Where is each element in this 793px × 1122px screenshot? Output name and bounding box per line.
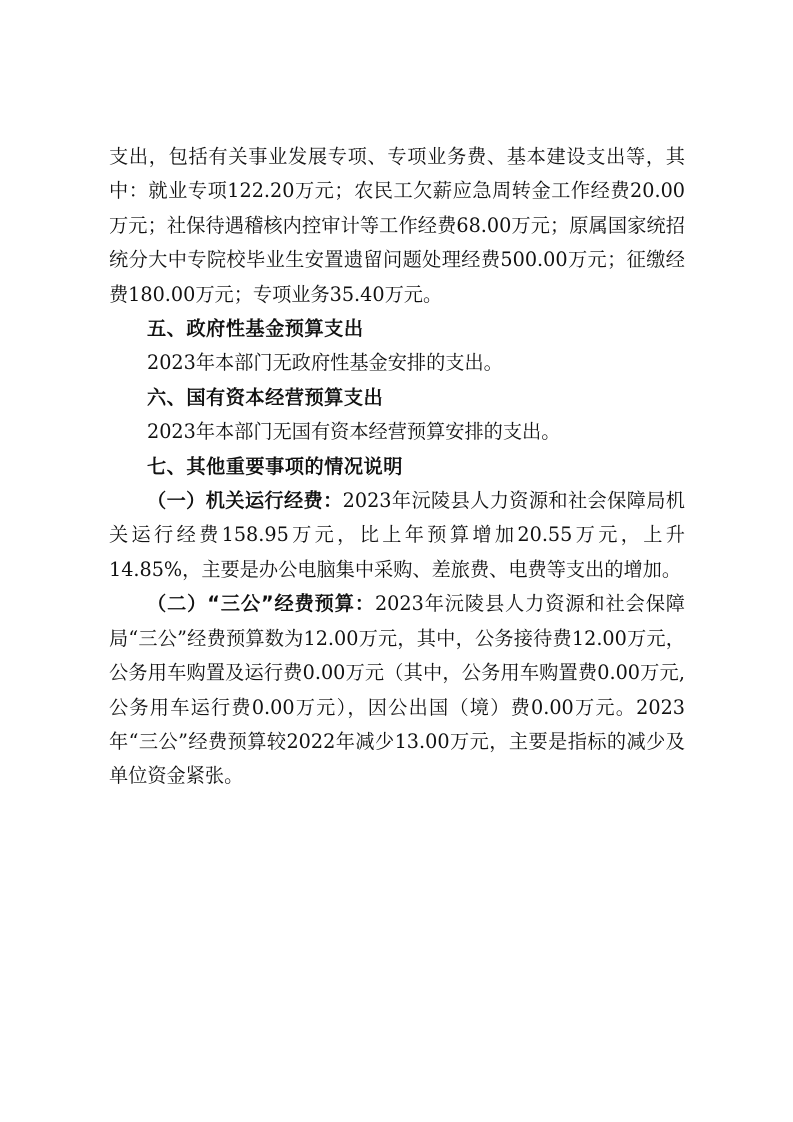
continuation-paragraph: 支出，包括有关事业发展专项、专项业务费、基本建设支出等，其中：就业专项122.2… [109,140,685,312]
section-heading-government-fund: 五、政府性基金预算支出 [109,312,685,346]
item-operating-expenses-lead: （一）机关运行经费： [147,489,343,512]
section-heading-other-matters: 七、其他重要事项的情况说明 [109,450,685,484]
document-page: 支出，包括有关事业发展专项、专项业务费、基本建设支出等，其中：就业专项122.2… [109,140,685,794]
item-three-public-expenses: （二）“三公”经费预算：2023年沅陵县人力资源和社会保障局“三公”经费预算数为… [109,587,685,793]
item-three-public-expenses-body: 2023年沅陵县人力资源和社会保障局“三公”经费预算数为12.00万元，其中，公… [109,592,685,787]
section-heading-state-capital: 六、国有资本经营预算支出 [109,381,685,415]
item-three-public-expenses-lead: （二）“三公”经费预算： [147,592,375,615]
section-body-government-fund: 2023年本部门无政府性基金安排的支出。 [109,346,685,380]
item-operating-expenses: （一）机关运行经费：2023年沅陵县人力资源和社会保障局机关运行经费158.95… [109,484,685,587]
section-body-state-capital: 2023年本部门无国有资本经营预算安排的支出。 [109,415,685,449]
